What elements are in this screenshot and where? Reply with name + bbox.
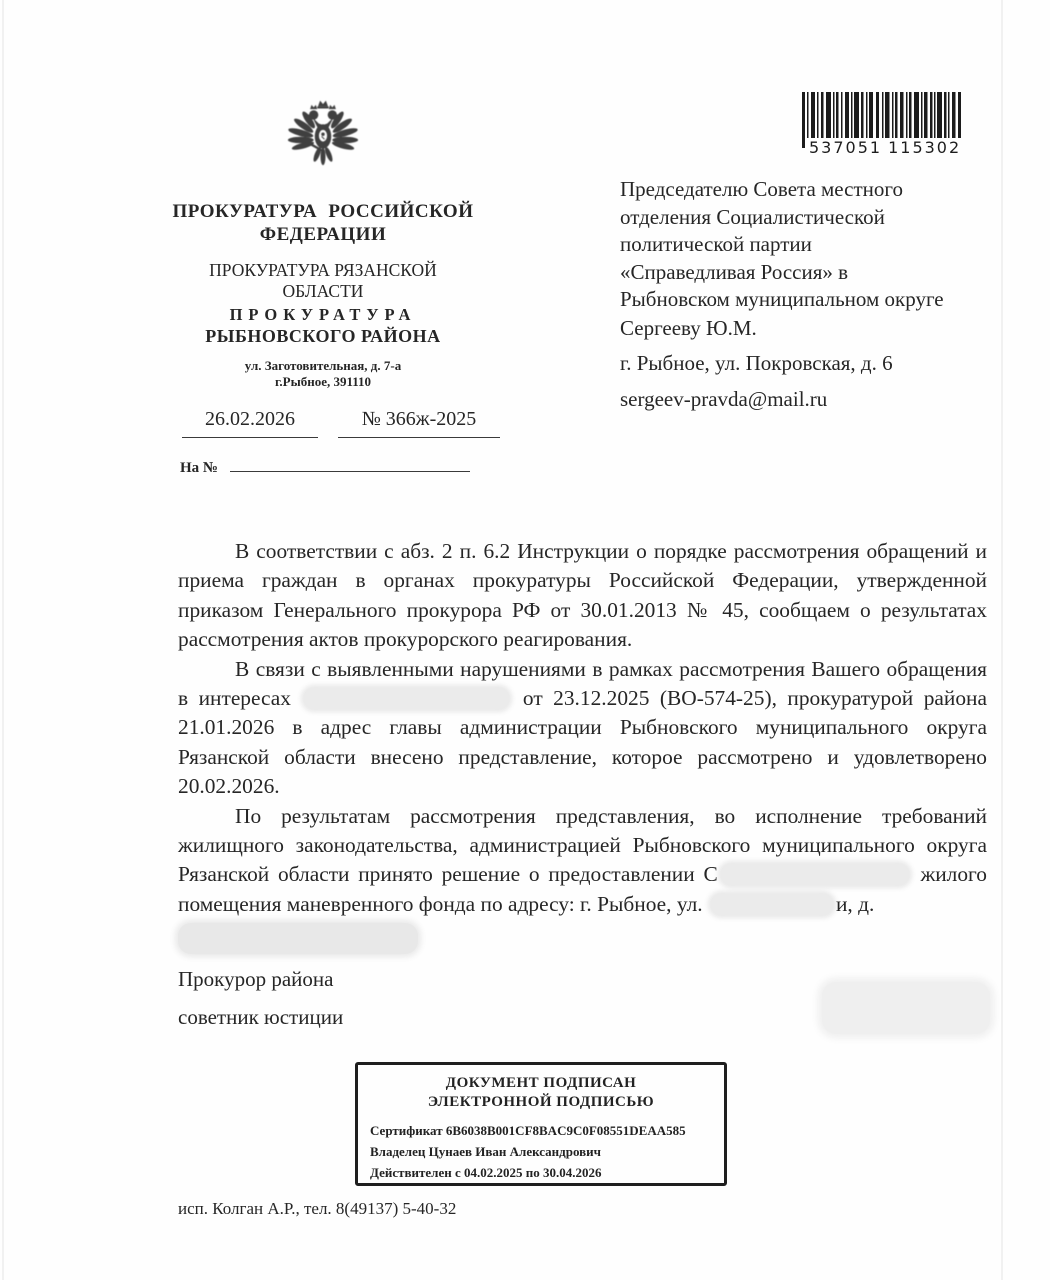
addressee-line: Председателю Совета местного [620,176,1050,204]
body-paragraph: В соответствии с абз. 2 п. 6.2 Инструкци… [178,537,987,655]
org-city-postcode: г.Рыбное, 391110 [168,374,478,390]
stamp-certificate-value: 6B6038B001CF8BAC9C0F08551DEAA585 [446,1123,686,1138]
stamp-owner-line: Владелец Цунаев Иван Александрович [370,1141,724,1162]
redaction-blur [721,864,909,885]
addressee-line: «Справедливая Россия» в [620,259,1050,287]
barcode-digits-left: 537051 [806,138,885,157]
org-country-line2: ФЕДЕРАЦИИ [168,223,478,246]
org-name-line1: ПРОКУРАТУРА [168,305,478,325]
addressee-line: политической партии [620,231,1050,259]
addressee-title-lines: Председателю Совета местногоотделения Со… [620,176,1050,314]
org-region-line2: ОБЛАСТИ [168,281,478,302]
redaction-blur [304,688,509,709]
letter-body: В соответствии с абз. 2 п. 6.2 Инструкци… [178,537,987,954]
addressee-line: Рыбновском муниципальном округе [620,286,1050,314]
addressee-name: Сергееву Ю.М. [620,316,757,341]
barcode-digits-right: 115302 [885,138,964,157]
reference-label: На № [180,460,218,476]
reference-row: На № [180,452,470,477]
signer-title-line2: советник юстиции [178,1005,343,1030]
barcode: 537051 115302 [798,92,968,157]
letterhead: ПРОКУРАТУРА РОССИЙСКОЙ ФЕДЕРАЦИИ ПРОКУРА… [168,92,478,390]
org-street-address: ул. Заготовительная, д. 7-а [168,358,478,374]
addressee-block: Председателю Совета местногоотделения Со… [620,176,1050,314]
stamp-validity-line: Действителен с 04.02.2025 по 30.04.2026 [370,1162,724,1183]
stamp-certificate-line: Сертификат 6B6038B001CF8BAC9C0F08551DEAA… [370,1120,724,1141]
electronic-signature-stamp: ДОКУМЕНТ ПОДПИСАН ЭЛЕКТРОННОЙ ПОДПИСЬЮ С… [355,1062,727,1186]
org-name-line2: РЫБНОВСКОГО РАЙОНА [168,325,478,347]
body-paragraph: По результатам рассмотрения представлени… [178,802,987,920]
redaction-blur [178,923,418,954]
stamp-certificate-label: Сертификат [370,1123,443,1138]
addressee-address: г. Рыбное, ул. Покровская, д. 6 [620,351,893,376]
executor-footer: исп. Колган А.Р., тел. 8(49137) 5-40-32 [178,1199,456,1219]
org-country-line1: ПРОКУРАТУРА РОССИЙСКОЙ [168,200,478,223]
stamp-owner-value: Цунаев Иван Александрович [429,1144,601,1159]
stamp-title-line1: ДОКУМЕНТ ПОДПИСАН [358,1074,724,1093]
signer-title-line1: Прокурор района [178,967,333,992]
addressee-email: sergeev-pravda@mail.ru [620,387,827,412]
redaction-blur [711,894,833,915]
stamp-owner-label: Владелец [370,1144,425,1159]
redaction-blur [822,982,990,1034]
document-number: № 366ж-2025 [338,408,500,438]
reference-blank-line [230,452,470,472]
addressee-line: отделения Социалистической [620,204,1050,232]
barcode-digits: 537051 115302 [798,138,968,157]
body-paragraph: В связи с выявленными нарушениями в рамк… [178,655,987,802]
org-region-line1: ПРОКУРАТУРА РЯЗАНСКОЙ [168,260,478,281]
stamp-title-line2: ЭЛЕКТРОННОЙ ПОДПИСЬЮ [358,1093,724,1112]
document-date: 26.02.2026 [182,408,318,438]
scan-artifact-line [2,0,4,1280]
russian-coat-of-arms-icon [280,92,366,188]
date-number-row: 26.02.2026№ 366ж-2025 [182,408,500,438]
document-page: ПРОКУРАТУРА РОССИЙСКОЙ ФЕДЕРАЦИИ ПРОКУРА… [0,0,1050,1280]
